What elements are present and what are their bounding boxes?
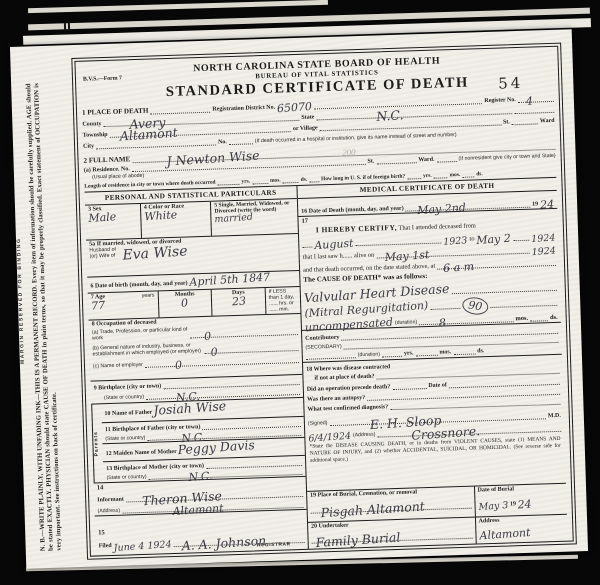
medical-column: MEDICAL CERTIFICATE OF DEATH 16 Date of …: [297, 178, 567, 549]
contrib-yrs-label: yrs.: [404, 350, 414, 356]
duration-mos-label: mos.: [515, 315, 528, 322]
last-seen-value: May 1st: [384, 249, 429, 263]
address-label: (Address): [353, 432, 376, 439]
parents-section: Parents 10 Name of Father Josiah Wise 11…: [91, 398, 305, 484]
color-race-cell: 4 Color or Race White: [141, 202, 213, 238]
father-birthplace-sub: (State or country): [105, 435, 145, 442]
questions-cell: 18 Where was disease contracted if not a…: [303, 355, 564, 442]
township-value: Altamont: [119, 126, 178, 142]
contrib-mos-label: mos.: [439, 349, 451, 355]
mother-birthplace-value: N.C.: [188, 470, 213, 483]
contributory-label: Contributory: [305, 335, 340, 342]
informant-address-label: (Address): [97, 508, 120, 515]
burial-place-value: Pisgah Altamont: [320, 500, 425, 519]
burial-date-cell: Date of Burial May 3 19 24: [475, 484, 567, 517]
sex-value: Male: [88, 211, 117, 224]
date-of-death-value: May 2nd: [417, 202, 466, 216]
duration2-label: (duration): [358, 351, 380, 358]
last-seen-year: 1924: [531, 246, 556, 257]
duration-label: (duration): [395, 319, 417, 326]
attended-from-year: 1923: [443, 236, 468, 247]
color-race-value: White: [144, 209, 178, 222]
personal-column: PERSONAL AND STATISTICAL PARTICULARS 3 S…: [85, 186, 309, 556]
birthplace-sub: (State or country): [104, 394, 144, 401]
occupation-a-value: 0: [204, 331, 212, 342]
dod-year-value: 24: [540, 199, 555, 211]
signed-label: (Signed): [308, 420, 328, 427]
spouse-value: Eva Wise: [122, 244, 188, 262]
form-number: B.V.S.—Form 7: [83, 75, 122, 82]
informant-label: Informant: [97, 497, 124, 504]
undertaker-address-cell: Address Altamont: [475, 515, 567, 544]
age-years-value: 77: [91, 300, 106, 312]
filed-label: Filed: [99, 543, 112, 549]
pencil-annotation: 200: [342, 147, 356, 157]
yrs-label: yrs.: [423, 173, 432, 179]
mother-name-value: Peggy Davis: [178, 439, 256, 457]
occupation-cell: 8 Occupation of deceased (a) Trade, Prof…: [89, 314, 303, 382]
foreign-birth-label: How long in U. S. if of foreign birth?: [321, 174, 405, 183]
undertaker-value: Family Burial: [315, 531, 400, 549]
burial-date-value: May 3: [478, 501, 508, 512]
burial-year-print: 19: [510, 501, 516, 507]
contrib-ds-label: ds.: [477, 348, 484, 354]
dod-year-print: 19: [532, 201, 538, 207]
age-years-label: years: [142, 293, 155, 299]
mos-label: mos.: [270, 178, 281, 184]
attended-from-value: August: [314, 238, 354, 252]
ds-label: ds.: [476, 171, 483, 177]
md-label: M.D.: [548, 413, 561, 419]
attended-to-value: May 2: [476, 233, 511, 246]
certificate-box: B.V.S.—Form 7 NORTH CAROLINA STATE BOARD…: [74, 46, 573, 557]
certify-section: 17 I HEREBY CERTIFY, That I attended dec…: [298, 209, 560, 331]
scanned-death-certificate: { "colors":{"paper":"#f1efe8","ink":"#1b…: [0, 0, 600, 585]
mos-label: mos.: [450, 172, 461, 178]
date-of-label: Date of: [428, 382, 447, 389]
burial-year-value: 24: [518, 499, 533, 511]
underlying-page-edge: [28, 0, 328, 13]
mother-name-label: 12 Maiden Name of Mother: [106, 449, 177, 457]
dob-value: April 5th 1847: [189, 272, 270, 288]
certificate-page: MARGIN RESERVED FOR BINDING N. B.—WRITE …: [10, 29, 588, 568]
sign-date-value: 6/4/1924: [308, 431, 351, 443]
sex-cell: 3 Sex Male: [85, 204, 142, 240]
ds-label: ds.: [301, 177, 308, 183]
undertaker-address-value: Altamont: [479, 527, 531, 541]
father-name-label: 10 Name of Father: [104, 410, 152, 417]
yrs-label: yrs.: [241, 178, 250, 184]
age-days-value: 23: [231, 295, 246, 307]
wife-of-label: (or) Wife of: [89, 253, 116, 260]
certificate-number-stamp: 54: [498, 74, 524, 93]
duration-value: 8: [439, 317, 447, 328]
death-time-value: 6 a m: [443, 261, 475, 274]
filed-cell: 15 Filed June 4 1924 A. A. Johnson REGIS…: [95, 522, 308, 556]
marital-label: 5 Single, Married, Widowed, or Divorced …: [214, 200, 294, 214]
page-edge-tick: [64, 22, 66, 31]
undertaker-cell: 20 Undertaker Family Burial: [308, 518, 476, 549]
state-value: N.C.: [376, 109, 404, 123]
duration-ds-label: ds.: [550, 314, 558, 321]
informant-address-value: Altamont: [172, 503, 224, 517]
certificate-columns: PERSONAL AND STATISTICAL PARTICULARS 3 S…: [85, 177, 568, 556]
age-months-value: 0: [181, 297, 189, 308]
father-name-value: Josiah Wise: [153, 400, 227, 417]
registrar-signature: A. A. Johnson: [181, 534, 266, 552]
occupation-c-label: (c) Name of employer: [93, 362, 143, 370]
to-label: to: [469, 235, 474, 242]
attended-to-year: 1924: [531, 233, 556, 244]
mother-birthplace-sub: (State or country): [106, 474, 146, 481]
marital-cell: 5 Single, Married, Widowed, or Divorced …: [211, 199, 298, 236]
occupation-c-value: 0: [175, 360, 183, 371]
age-less-note: If LESS than 1 day, ...... hrs. or .....…: [268, 288, 297, 313]
dob-label: 6 Date of birth (month, day, and year): [90, 280, 187, 289]
marital-value: married: [214, 213, 253, 225]
register-no-value: 4: [526, 95, 534, 106]
